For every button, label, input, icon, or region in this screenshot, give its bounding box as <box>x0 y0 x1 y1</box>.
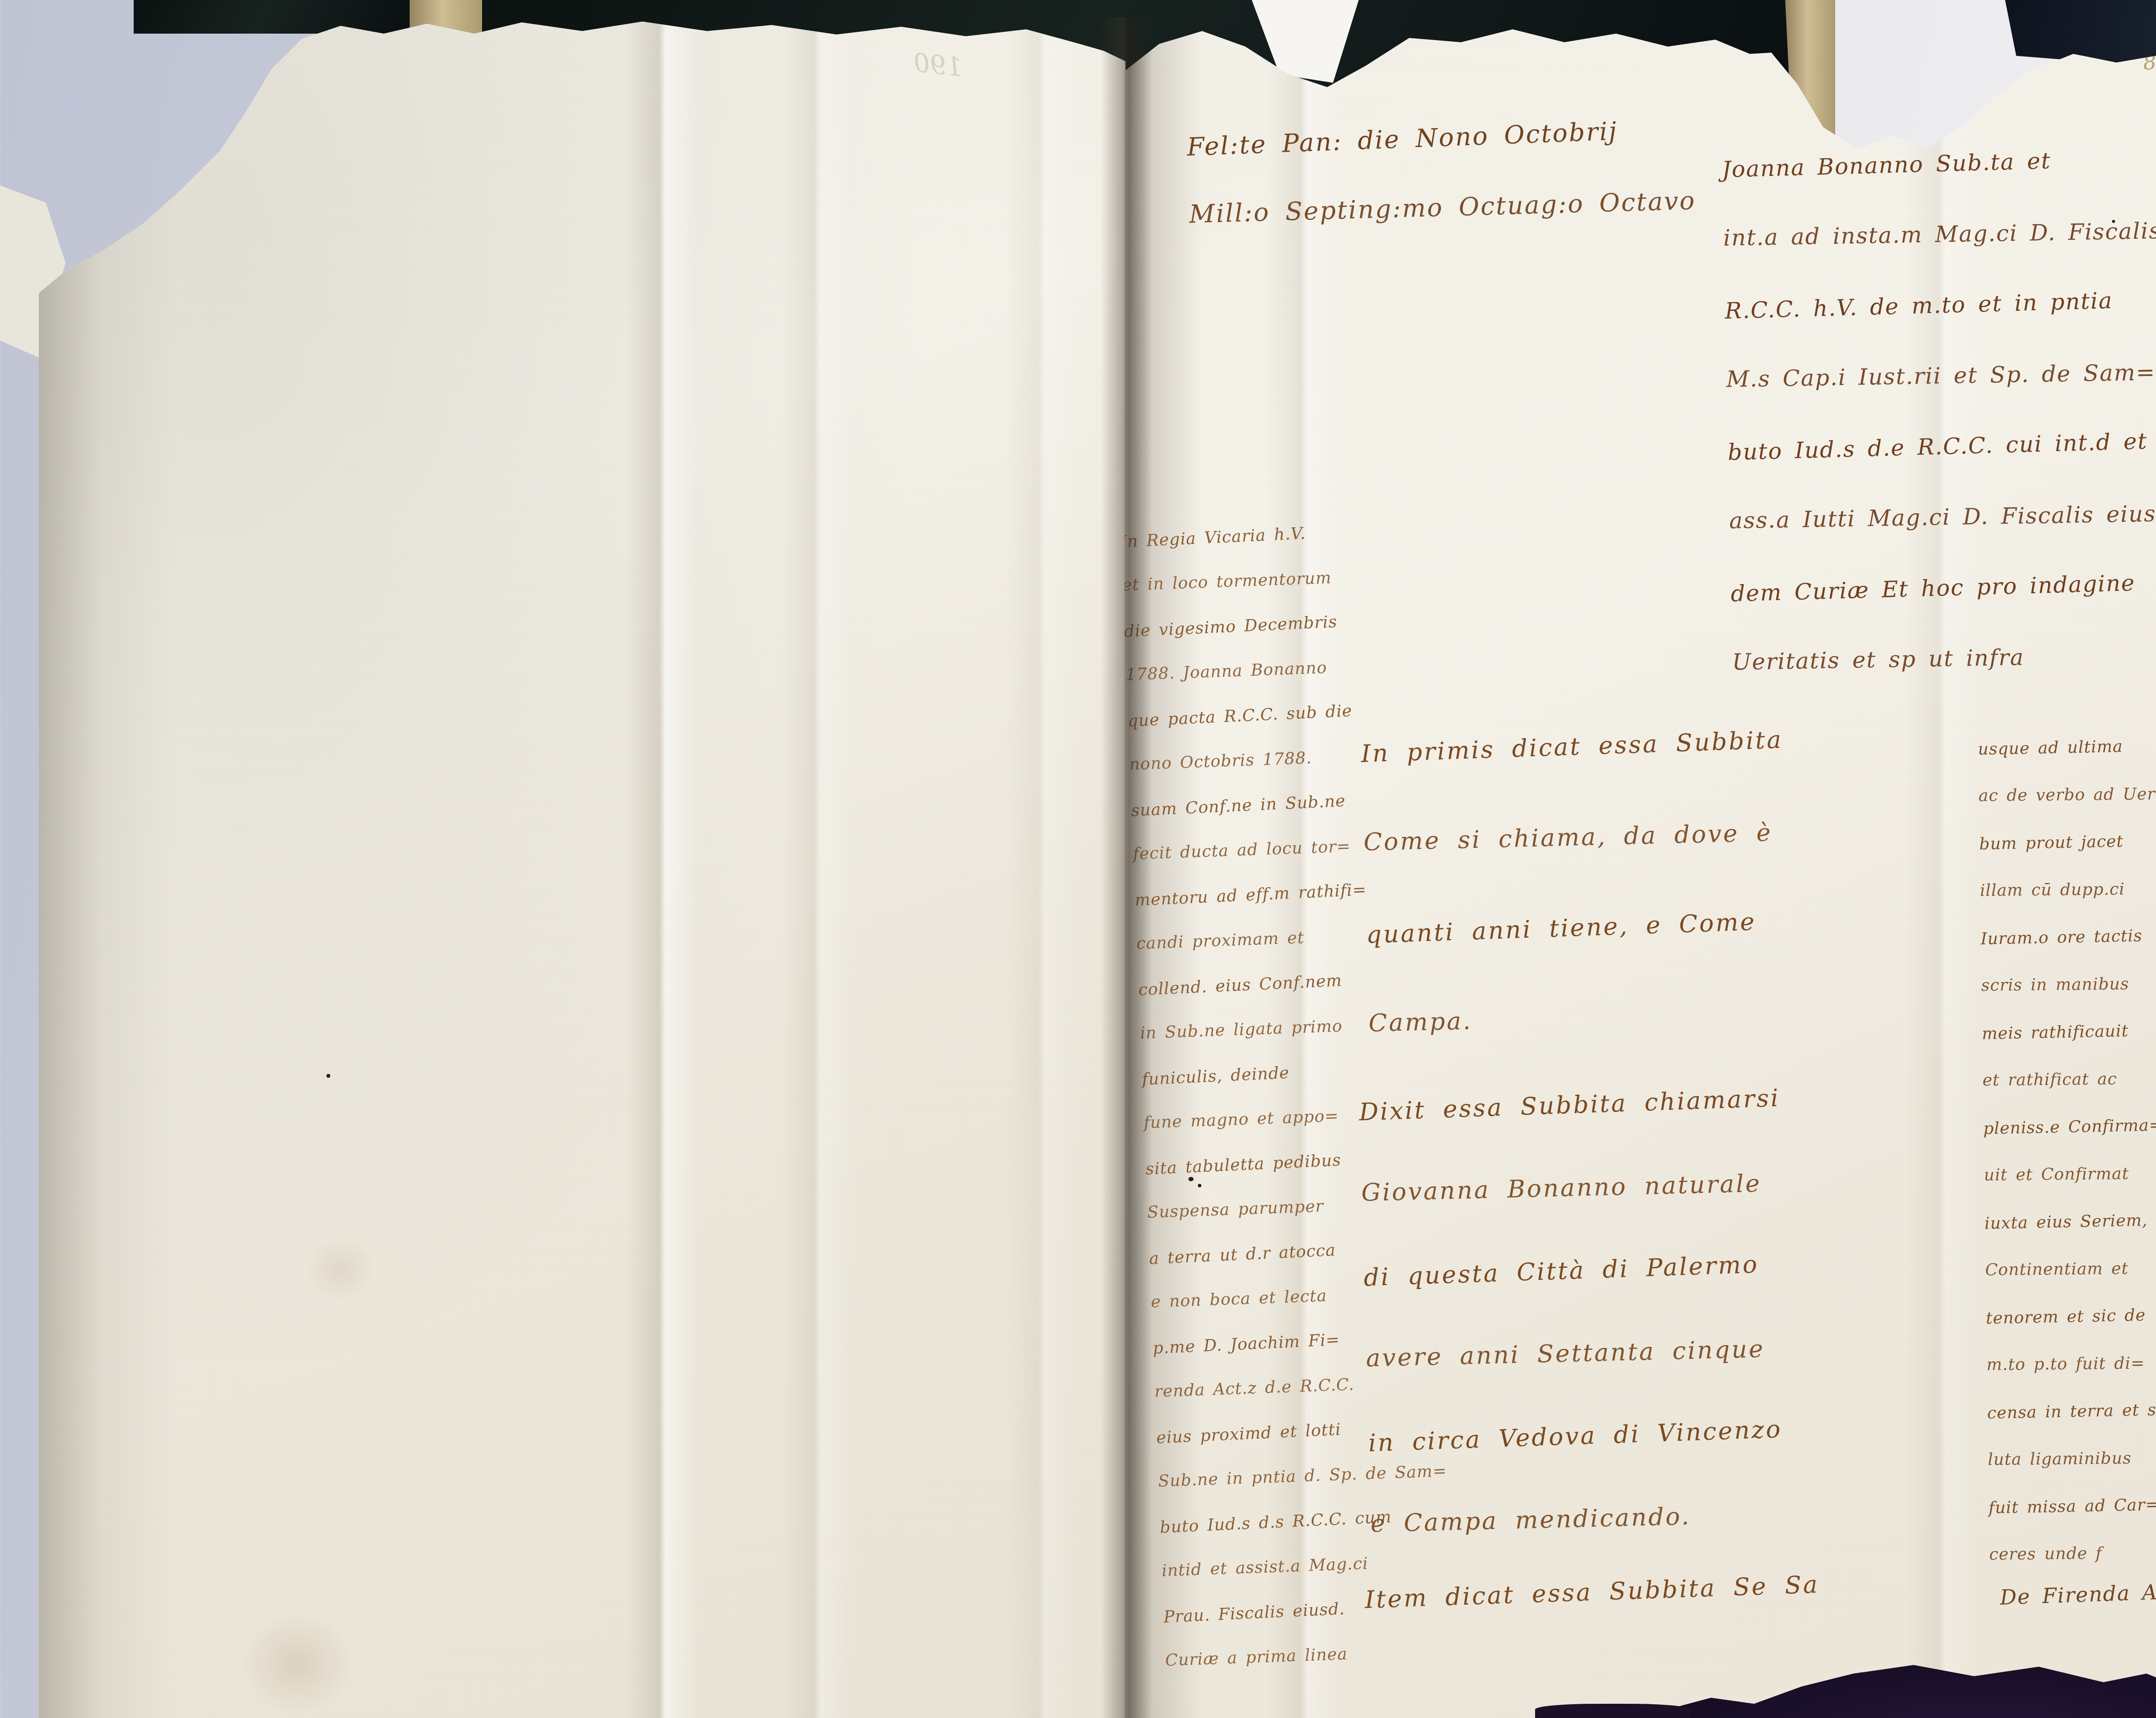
handwritten-line: Iuram.o ore tactis <box>1980 911 2156 963</box>
showthrough-mark: 190 <box>912 47 964 83</box>
handwritten-line: In primis dicat essa Subbita <box>1360 695 1784 800</box>
handwritten-line: R.C.C. h.V. de m.to et in pntia <box>1724 264 2156 347</box>
main-text-question-1: In primis dicat essa SubbitaCome si chia… <box>1360 696 1792 1070</box>
handwritten-line: scris in manibus <box>1981 960 2156 1009</box>
handwritten-line: bum prout jacet <box>1979 817 2156 868</box>
ink-speck <box>1188 1177 1194 1181</box>
handwritten-line: illam cū dupp.ci <box>1980 865 2156 914</box>
book-cover-top-left <box>134 0 416 34</box>
handwritten-line: di questa Città di Palermo <box>1362 1222 1786 1319</box>
handwritten-line: Campa. <box>1367 968 1791 1069</box>
handwritten-line: fuit missa ad Car= <box>1988 1480 2156 1531</box>
handwritten-line: usque ad ultima <box>1977 722 2156 773</box>
left-page: 28 190 <box>39 9 1125 1718</box>
handwritten-line: avere anni Settanta cinque <box>1365 1307 1788 1400</box>
fold-crease <box>625 9 699 1718</box>
handwritten-line: int.a ad insta.m Mag.ci D. Fiscalis <box>1723 196 2156 274</box>
handwritten-line: censa in terra et so= <box>1987 1385 2156 1436</box>
handwritten-line: M.s Cap.i Iust.rii et Sp. de Sam= <box>1726 337 2156 415</box>
ink-speck <box>326 1074 330 1078</box>
handwritten-line: iuxta eius Seriem, <box>1984 1195 2156 1247</box>
handwritten-line: tenorem et sic de <box>1985 1290 2156 1342</box>
book-gutter <box>1100 17 1152 1718</box>
photo-of-manuscript: { "left_page": { "showthrough_marks": ["… <box>0 0 2156 1718</box>
handwritten-line: pleniss.e Confirma= <box>1983 1101 2156 1152</box>
handwritten-line: ac de verbo ad Uer= <box>1978 770 2156 819</box>
dateline-header: Fel:te Pan: die Nono OctobrijMill:o Sept… <box>1186 95 1697 250</box>
handwritten-line: Giovanna Bonanno naturale <box>1360 1142 1783 1235</box>
handwritten-line: buto Iud.s d.e R.C.C. cui int.d et <box>1727 405 2156 488</box>
main-text-question-2: Item dicat essa Subbita Se Sa <box>1364 1545 1821 1640</box>
fold-crease <box>1005 9 1078 1718</box>
paper-stain <box>306 1237 375 1302</box>
fold-crease <box>780 9 854 1718</box>
handwritten-line: dem Curiæ Et hoc pro indagine <box>1730 547 2156 629</box>
right-margin-annotation: usque ad ultimaac de verbo ad Uer=bum pr… <box>1977 722 2156 1578</box>
handwritten-line: meis rathificauit <box>1981 1006 2156 1058</box>
handwritten-line: et rathificat ac <box>1982 1055 2156 1104</box>
handwritten-line: Joanna Bonanno Sub.ta et <box>1721 122 2156 205</box>
dark-cover-gap-bottom <box>1535 1704 1690 1718</box>
handwritten-line: uit et Confirmat <box>1984 1149 2156 1199</box>
handwritten-line: m.to p.to fuit di= <box>1986 1339 2156 1388</box>
ink-speck <box>2112 220 2115 223</box>
handwritten-line: ceres unde f <box>1989 1529 2156 1578</box>
handwritten-line: luta ligaminibus <box>1987 1434 2156 1483</box>
page-sheen <box>39 9 1125 1718</box>
handwritten-line: Mill:o Septing:mo Octuag:o Octavo <box>1188 166 1697 249</box>
handwritten-line: in circa Vedova di Vincenzo <box>1367 1388 1791 1485</box>
ink-speck <box>1198 1184 1201 1187</box>
handwritten-line: ass.a Iutti Mag.ci D. Fiscalis eius= <box>1729 478 2156 556</box>
interrogation-intro-column: Joanna Bonanno Sub.ta etint.a ad insta.m… <box>1721 124 2156 698</box>
paper-stain <box>241 1612 354 1716</box>
notary-signature: De Firenda Act.z <box>1999 1579 2156 1610</box>
handwritten-line: Continentiam et <box>1985 1244 2156 1293</box>
handwritten-line: quanti anni tiene, e Come <box>1365 876 1789 980</box>
handwritten-line: Come si chiama, da dove è <box>1363 788 1786 888</box>
handwritten-line: Dixit essa Subbita chiamarsi <box>1358 1057 1782 1154</box>
right-page: 83 Fel:te Pan: die Nono OctobrijMill:o S… <box>1125 13 2156 1718</box>
handwritten-line: Ueritatis et sp ut infra <box>1732 620 2156 698</box>
handwritten-line: Item dicat essa Subbita Se Sa <box>1363 1543 1821 1642</box>
main-text-answer-1: Dixit essa Subbita chiamarsiGiovanna Bon… <box>1358 1058 1793 1567</box>
showthrough-page-number: 28 <box>55 93 106 141</box>
